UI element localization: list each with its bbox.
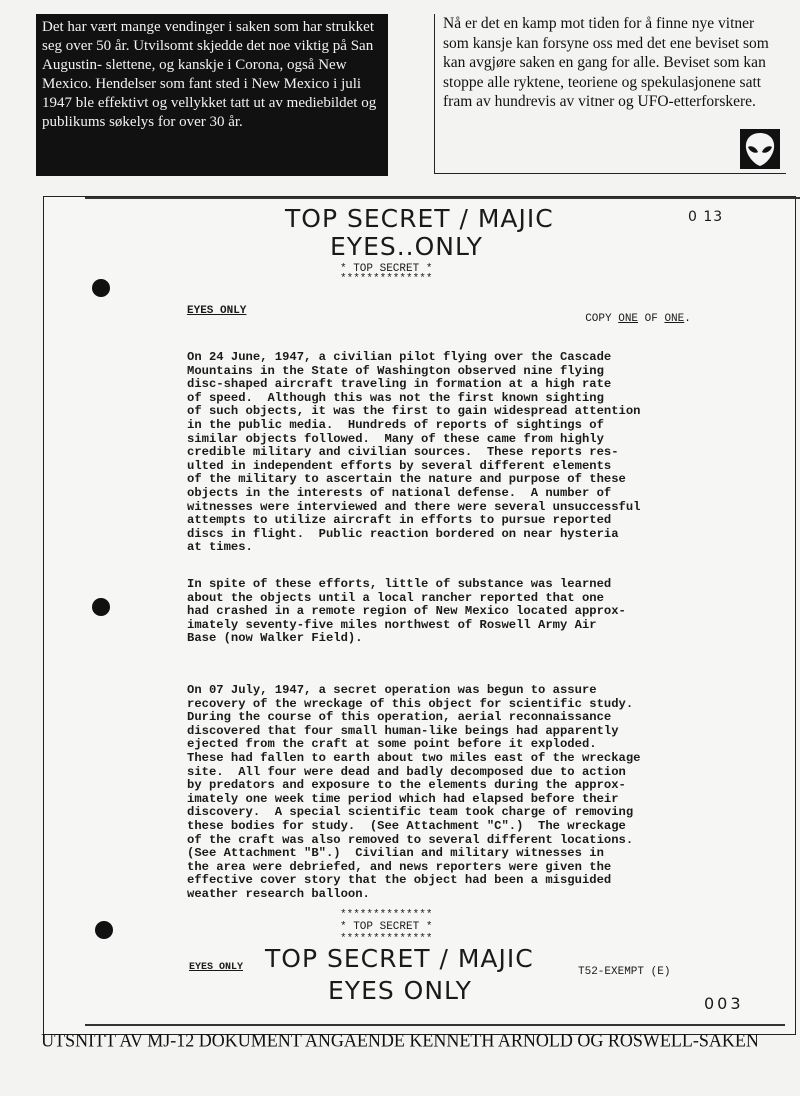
typed-line: had crashed in a remote region of New Me…: [187, 605, 626, 619]
typed-line: at times.: [187, 541, 640, 555]
typed-line: of speed. Although this was not the firs…: [187, 392, 640, 406]
typed-line: these bodies for study. (See Attachment …: [187, 820, 640, 834]
typed-line: site. All four were dead and badly decom…: [187, 766, 640, 780]
copy-end: .: [684, 313, 691, 325]
typed-line: in the public media. Hundreds of reports…: [187, 419, 640, 433]
exempt-label: T52-EXEMPT (E): [578, 966, 670, 980]
typed-line: discovered that four small human-like be…: [187, 725, 640, 739]
divider: [85, 1024, 785, 1026]
stamp-eyes-only: EYES..ONLY: [330, 232, 483, 261]
typed-line: recovery of the wreckage of this object …: [187, 698, 640, 712]
callout-text-box: Nå er det en kamp mot tiden for å finne …: [434, 14, 786, 174]
typed-line: ejected from the craft at some point bef…: [187, 738, 640, 752]
typed-line: objects in the interests of national def…: [187, 487, 640, 501]
typed-line: attempts to utilize aircraft in efforts …: [187, 514, 640, 528]
typed-line: On 07 July, 1947, a secret operation was…: [187, 684, 640, 698]
stamp-top-secret-majic: TOP SECRET / MAJIC: [285, 204, 554, 233]
typed-line: discs in flight. Public reaction bordere…: [187, 528, 640, 542]
hole-punch: [95, 921, 113, 939]
typed-line: imately seventy-five miles northwest of …: [187, 619, 626, 633]
intro-text: Det har vært mange vendinger i saken som…: [42, 18, 382, 132]
body-paragraph-3: On 07 July, 1947, a secret operation was…: [187, 684, 640, 902]
copy-of: OF: [638, 313, 664, 325]
callout-text: Nå er det en kamp mot tiden for å finne …: [443, 14, 778, 112]
typed-line: In spite of these efforts, little of sub…: [187, 578, 626, 592]
typed-line: by predators and exposure to the element…: [187, 779, 640, 793]
typed-line: disc-shaped aircraft traveling in format…: [187, 378, 640, 392]
page-number-top: 0 13: [688, 209, 723, 225]
stamp-eyes-only: EYES ONLY: [328, 976, 472, 1005]
copy-text: COPY: [585, 313, 618, 325]
copy-label: COPY ONE OF ONE.: [572, 299, 691, 326]
typed-line: the area were debriefed, and news report…: [187, 861, 640, 875]
figure-caption: UTSNITT AV MJ-12 DOKUMENT ANGAENDE KENNE…: [0, 1029, 800, 1051]
typed-line: similar objects followed. Many of these …: [187, 433, 640, 447]
copy-one: ONE: [664, 313, 684, 325]
copy-one: ONE: [618, 313, 638, 325]
hole-punch: [92, 598, 110, 616]
typed-line: of such objects, it was the first to gai…: [187, 405, 640, 419]
eyes-only-label: EYES ONLY: [187, 305, 246, 319]
alien-head-icon: [740, 129, 780, 169]
intro-text-box: Det har vært mange vendinger i saken som…: [36, 14, 388, 176]
typed-line: During the course of this operation, aer…: [187, 711, 640, 725]
typed-line: weather research balloon.: [187, 888, 640, 902]
typed-line: ulted in independent efforts by several …: [187, 460, 640, 474]
typed-line: On 24 June, 1947, a civilian pilot flyin…: [187, 351, 640, 365]
typed-stars: **************: [340, 273, 432, 287]
typed-line: imately one week time period which had e…: [187, 793, 640, 807]
eyes-only-label: EYES ONLY: [189, 961, 243, 975]
typed-line: These had fallen to earth about two mile…: [187, 752, 640, 766]
typed-line: Base (now Walker Field).: [187, 632, 626, 646]
hole-punch: [92, 279, 110, 297]
body-paragraph-2: In spite of these efforts, little of sub…: [187, 578, 626, 646]
typed-line: credible military and civilian sources. …: [187, 446, 640, 460]
stamp-top-secret-majic: TOP SECRET / MAJIC: [265, 944, 534, 973]
divider: [85, 197, 800, 200]
typed-line: discovery. A special scientific team too…: [187, 806, 640, 820]
typed-line: effective cover story that the object ha…: [187, 874, 640, 888]
typed-line: of the military to ascertain the nature …: [187, 473, 640, 487]
typed-line: of the craft was also removed to several…: [187, 834, 640, 848]
typed-line: about the objects until a local rancher …: [187, 592, 626, 606]
typed-line: witnesses were interviewed and there wer…: [187, 501, 640, 515]
typed-line: (See Attachment "B".) Civilian and milit…: [187, 847, 640, 861]
body-paragraph-1: On 24 June, 1947, a civilian pilot flyin…: [187, 351, 640, 555]
typed-line: Mountains in the State of Washington obs…: [187, 365, 640, 379]
page-number: 003: [704, 994, 744, 1013]
